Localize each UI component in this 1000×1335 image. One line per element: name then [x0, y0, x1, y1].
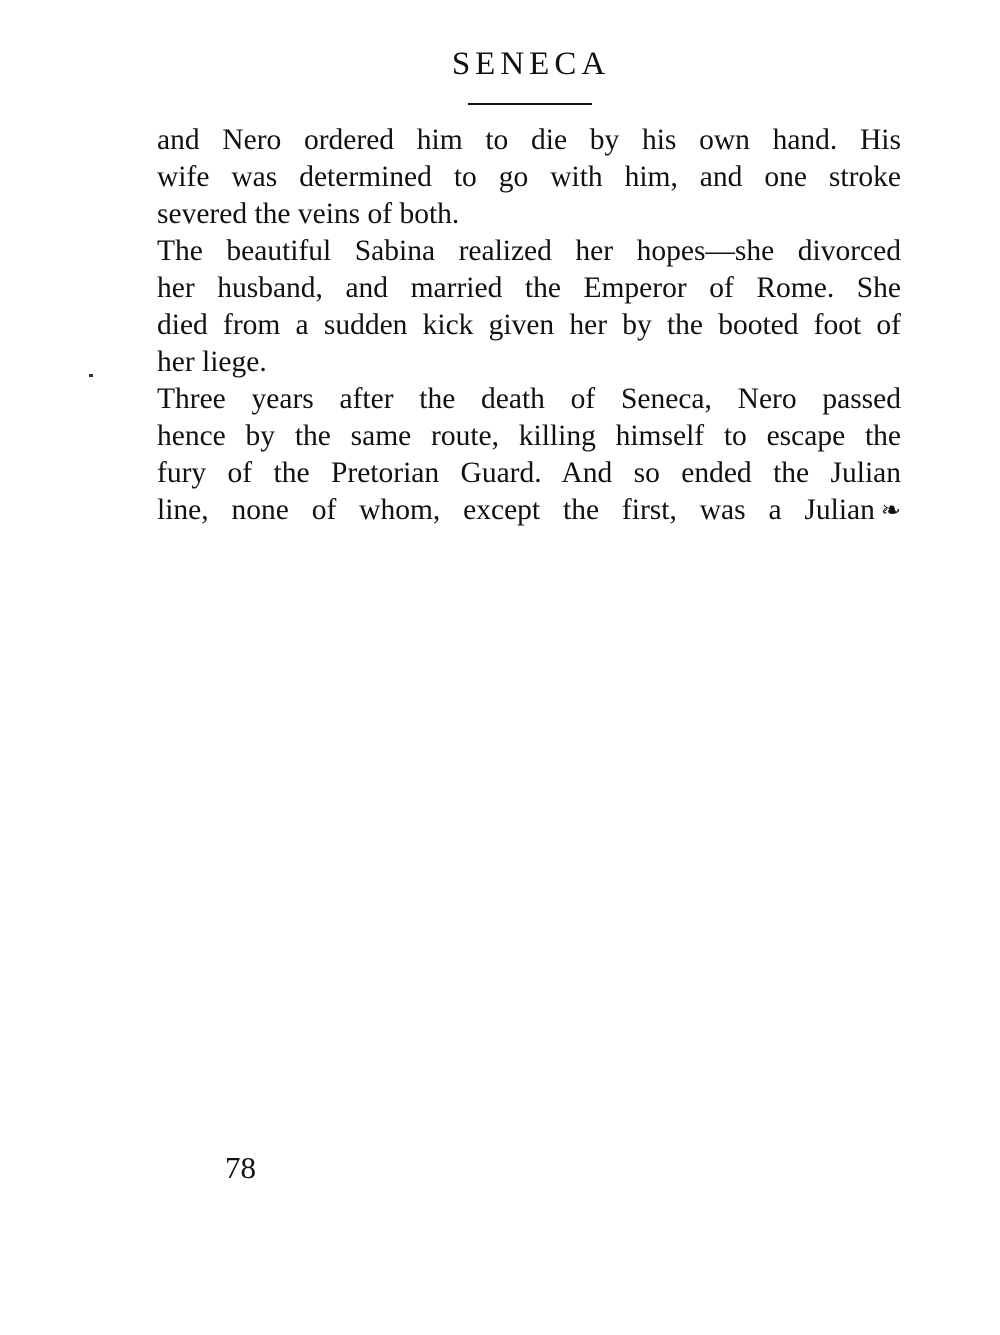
text-line: severed the veins of both.: [157, 196, 901, 233]
text-line: her husband, and married the Emperor of …: [157, 270, 901, 307]
paragraph-3: Three years after the death of Seneca, N…: [157, 381, 901, 530]
running-head: SENECA: [0, 44, 1000, 84]
fleuron-icon: ❧: [881, 493, 901, 530]
text-line: fury of the Pretorian Guard. And so ende…: [157, 455, 901, 492]
text-line: and Nero ordered him to die by his own h…: [157, 122, 901, 159]
text-line: died from a sudden kick given her by the…: [157, 307, 901, 344]
paragraph-2: The beautiful Sabina realized her hopes—…: [157, 233, 901, 381]
text-line-final-text: line, none of whom, except the first, wa…: [157, 494, 875, 526]
text-line-final: line, none of whom, except the first, wa…: [157, 492, 901, 530]
scan-speck-mark: [89, 374, 93, 377]
body-text: and Nero ordered him to die by his own h…: [157, 122, 901, 530]
paragraph-1: and Nero ordered him to die by his own h…: [157, 122, 901, 233]
text-line: her liege.: [157, 344, 901, 381]
text-line: The beautiful Sabina realized her hopes—…: [157, 233, 901, 270]
text-line: Three years after the death of Seneca, N…: [157, 381, 901, 418]
head-rule-divider: [468, 103, 592, 105]
text-line: hence by the same route, killing himself…: [157, 418, 901, 455]
page-number: 78: [225, 1150, 256, 1186]
text-line: wife was determined to go with him, and …: [157, 159, 901, 196]
